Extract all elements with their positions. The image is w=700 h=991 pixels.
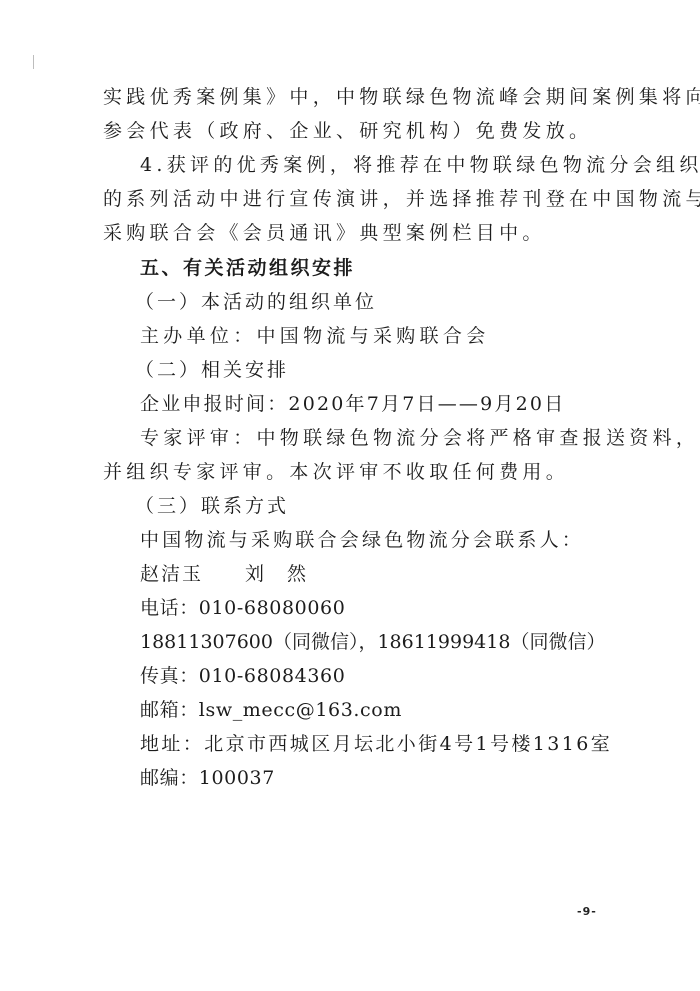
paragraph-line-5: 采购联合会《会员通讯》典型案例栏目中。 — [103, 221, 546, 245]
arrangements-heading: （二）相关安排 — [135, 358, 289, 382]
paragraph-line-4: 的系列活动中进行宣传演讲，并选择推荐刊登在中国物流与 — [103, 187, 700, 211]
page-number: -9- — [577, 905, 597, 918]
contact-heading: （三）联系方式 — [135, 494, 289, 518]
contact-names: 赵洁玉 刘 然 — [140, 562, 308, 586]
contact-org-label: 中国物流与采购联合会绿色物流分会联系人： — [140, 528, 584, 552]
application-time: 企业申报时间：2020年7月7日——9月20日 — [140, 392, 565, 416]
paragraph-line-1: 实践优秀案例集》中，中物联绿色物流峰会期间案例集将向 — [103, 85, 700, 109]
contact-email: 邮箱：lsw_mecc@163.com — [140, 698, 402, 722]
organizer-heading: （一）本活动的组织单位 — [135, 290, 377, 314]
scan-artifact — [33, 55, 34, 69]
contact-phone: 电话：010-68080060 — [140, 596, 345, 620]
section-heading: 五、有关活动组织安排 — [140, 256, 355, 280]
review-line-1: 专家评审：中物联绿色物流分会将严格审查报送资料， — [140, 426, 699, 450]
contact-address: 地址：北京市西城区月坛北小街4号1号楼1316室 — [140, 732, 612, 756]
organizer-line: 主办单位：中国物流与采购联合会 — [140, 324, 490, 348]
contact-mobiles: 18811307600（同微信），18611999418（同微信） — [140, 630, 605, 654]
contact-fax: 传真：010-68084360 — [140, 664, 345, 688]
contact-postcode: 邮编：100037 — [140, 766, 275, 790]
document-page: 实践优秀案例集》中，中物联绿色物流峰会期间案例集将向 参会代表（政府、企业、研究… — [0, 0, 700, 991]
paragraph-line-2: 参会代表（政府、企业、研究机构）免费发放。 — [103, 119, 592, 143]
review-line-2: 并组织专家评审。本次评审不收取任何费用。 — [103, 460, 569, 484]
paragraph-line-3: 4.获评的优秀案例，将推荐在中物联绿色物流分会组织 — [140, 153, 700, 177]
